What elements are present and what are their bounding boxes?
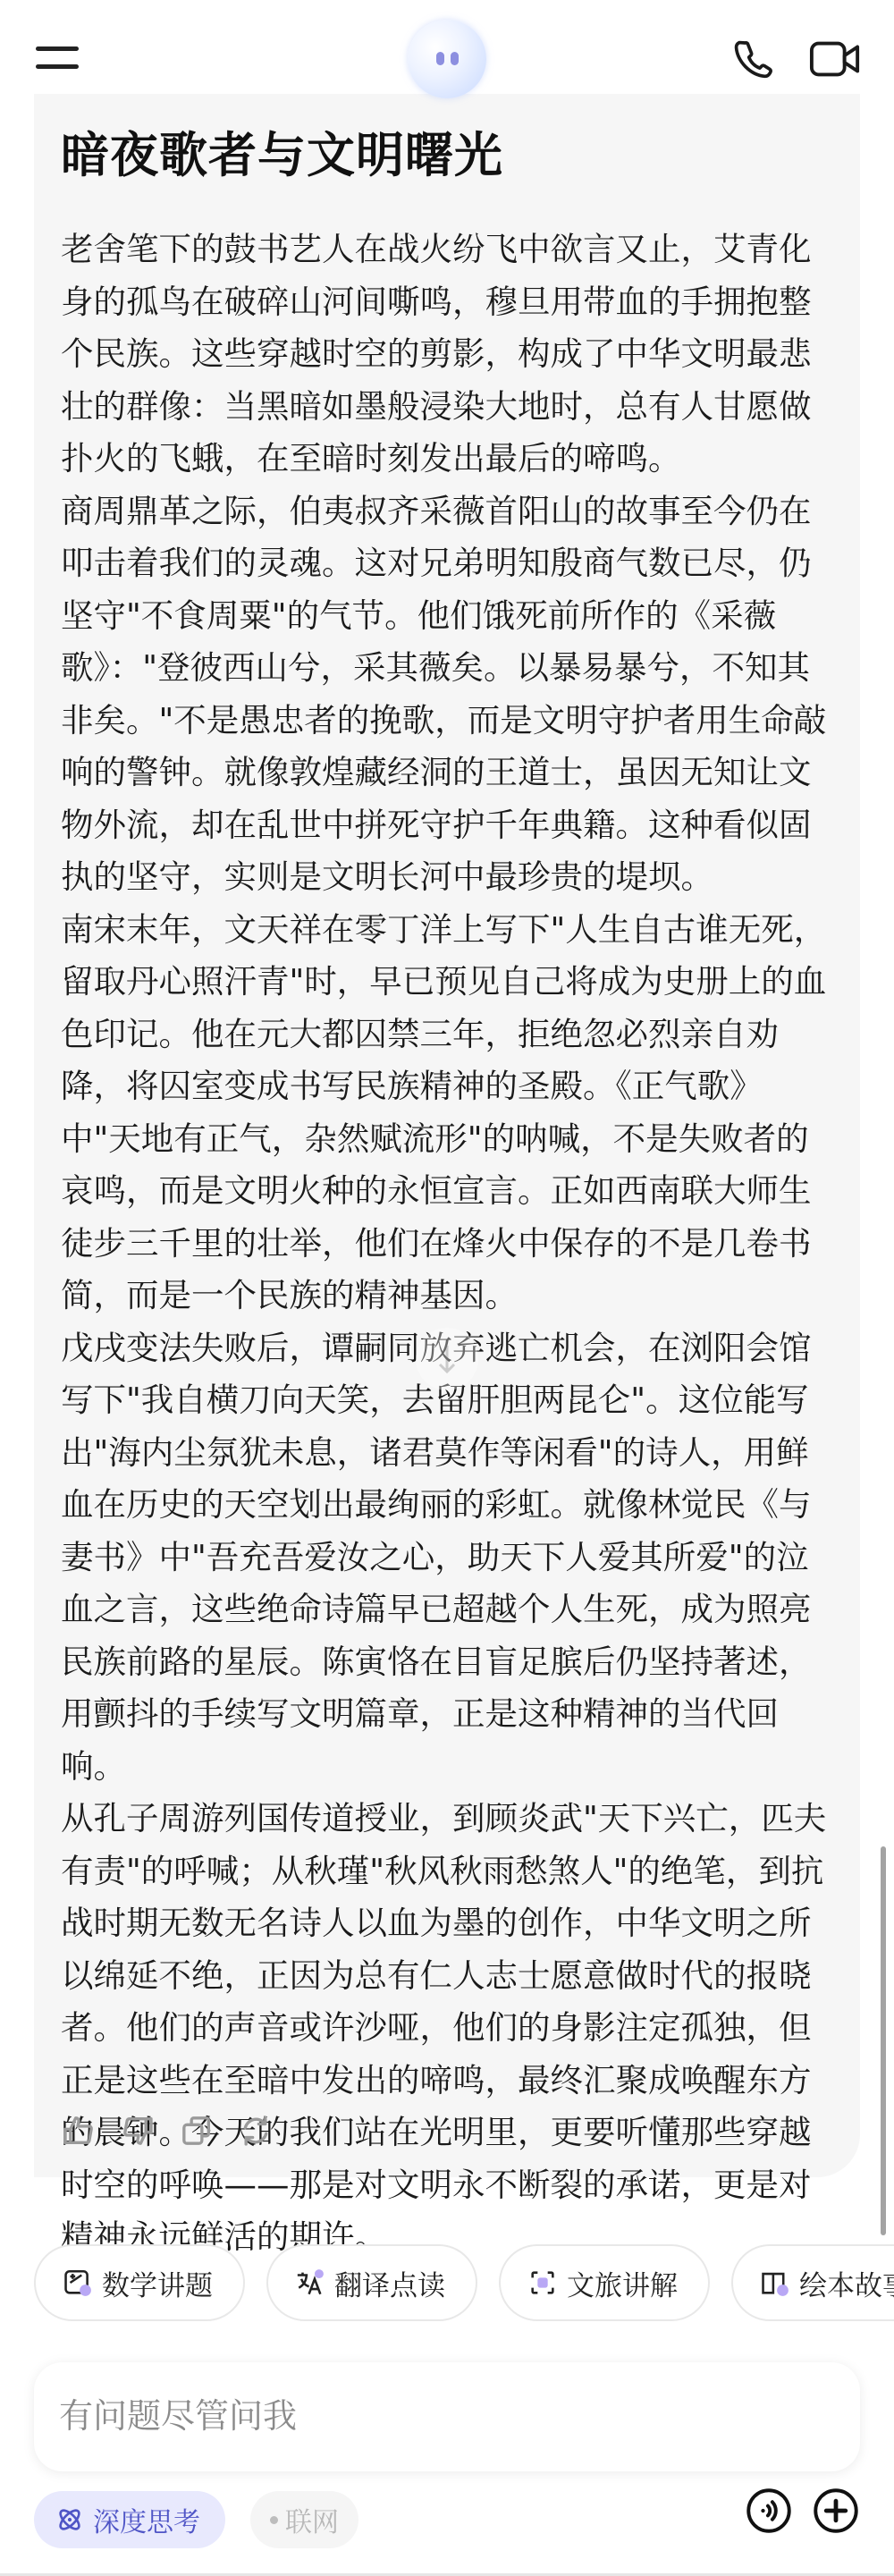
phone-icon[interactable] <box>730 36 776 82</box>
article-body: 老舍笔下的鼓书艺人在战火纷飞中欲言又止，艾青化身的孤鸟在破碎山河间嘶鸣，穆旦用带… <box>61 224 837 2264</box>
top-bar <box>0 0 894 94</box>
deep-think-toggle[interactable]: 深度思考 <box>34 2491 225 2548</box>
paragraph: 从孔子周游列国传道授业，到顾炎武"天下兴亡，匹夫有责"的呼喊；从秋瑾"秋风秋雨愁… <box>61 1793 837 2264</box>
deep-think-label: 深度思考 <box>93 2500 200 2539</box>
input-toolbar: 深度思考 联网 <box>0 2477 894 2576</box>
regenerate-icon[interactable] <box>238 2113 274 2149</box>
atom-icon <box>55 2505 84 2534</box>
chip-travel-guide[interactable]: 文旅讲解 <box>499 2244 710 2321</box>
paragraph: 戊戌变法失败后，谭嗣同放弃逃亡机会，在浏阳会馆写下"我自横刀向天笑，去留肝胆两昆… <box>61 1322 837 1794</box>
voice-icon[interactable] <box>746 2487 792 2534</box>
video-icon[interactable] <box>809 39 861 79</box>
chip-label: 文旅讲解 <box>567 2263 678 2303</box>
paragraph: 老舍笔下的鼓书艺人在战火纷飞中欲言又止，艾青化身的孤鸟在破碎山河间嘶鸣，穆旦用带… <box>61 224 837 486</box>
avatar-eye-icon <box>436 52 444 65</box>
scan-icon <box>527 2268 558 2298</box>
web-search-label: 联网 <box>285 2500 339 2539</box>
message-input-container <box>34 2362 860 2471</box>
book-icon <box>760 2268 790 2298</box>
thumbs-up-icon[interactable] <box>61 2113 97 2149</box>
chip-translate[interactable]: 翻译点读 <box>266 2244 477 2321</box>
article-title: 暗夜歌者与文明曙光 <box>61 117 503 186</box>
chip-label: 数学讲题 <box>102 2263 213 2303</box>
scroll-to-bottom-button[interactable] <box>416 1328 478 1390</box>
thumbs-down-icon[interactable] <box>120 2113 156 2149</box>
web-search-toggle[interactable]: 联网 <box>250 2491 358 2548</box>
chip-math[interactable]: 数学讲题 <box>34 2244 245 2321</box>
math-icon <box>63 2268 93 2298</box>
arrow-down-icon <box>416 1328 478 1390</box>
message-actions <box>61 2113 274 2152</box>
plus-icon[interactable] <box>813 2487 859 2534</box>
translate-icon <box>295 2268 325 2298</box>
chip-label: 翻译点读 <box>334 2263 445 2303</box>
menu-icon[interactable] <box>36 46 79 70</box>
message-input[interactable] <box>59 2387 828 2445</box>
avatar-eye-icon <box>451 52 459 65</box>
chip-picture-book[interactable]: 绘本故事 <box>731 2244 894 2321</box>
chip-label: 绘本故事 <box>799 2263 894 2303</box>
paragraph: 南宋末年，文天祥在零丁洋上写下"人生自古谁无死，留取丹心照汗青"时，早已预见自己… <box>61 904 837 1322</box>
copy-icon[interactable] <box>179 2113 215 2149</box>
quick-action-chips: 数学讲题 翻译点读 文旅讲解 绘本故事 <box>34 2244 894 2321</box>
answer-card: 暗夜歌者与文明曙光 老舍笔下的鼓书艺人在战火纷飞中欲言又止，艾青化身的孤鸟在破碎… <box>34 94 860 2177</box>
scrollbar[interactable] <box>881 1846 886 2235</box>
assistant-avatar[interactable] <box>408 20 486 98</box>
paragraph: 商周鼎革之际，伯夷叔齐采薇首阳山的故事至今仍在叩击着我们的灵魂。这对兄弟明知殷商… <box>61 486 837 904</box>
status-dot-icon <box>270 2516 278 2524</box>
